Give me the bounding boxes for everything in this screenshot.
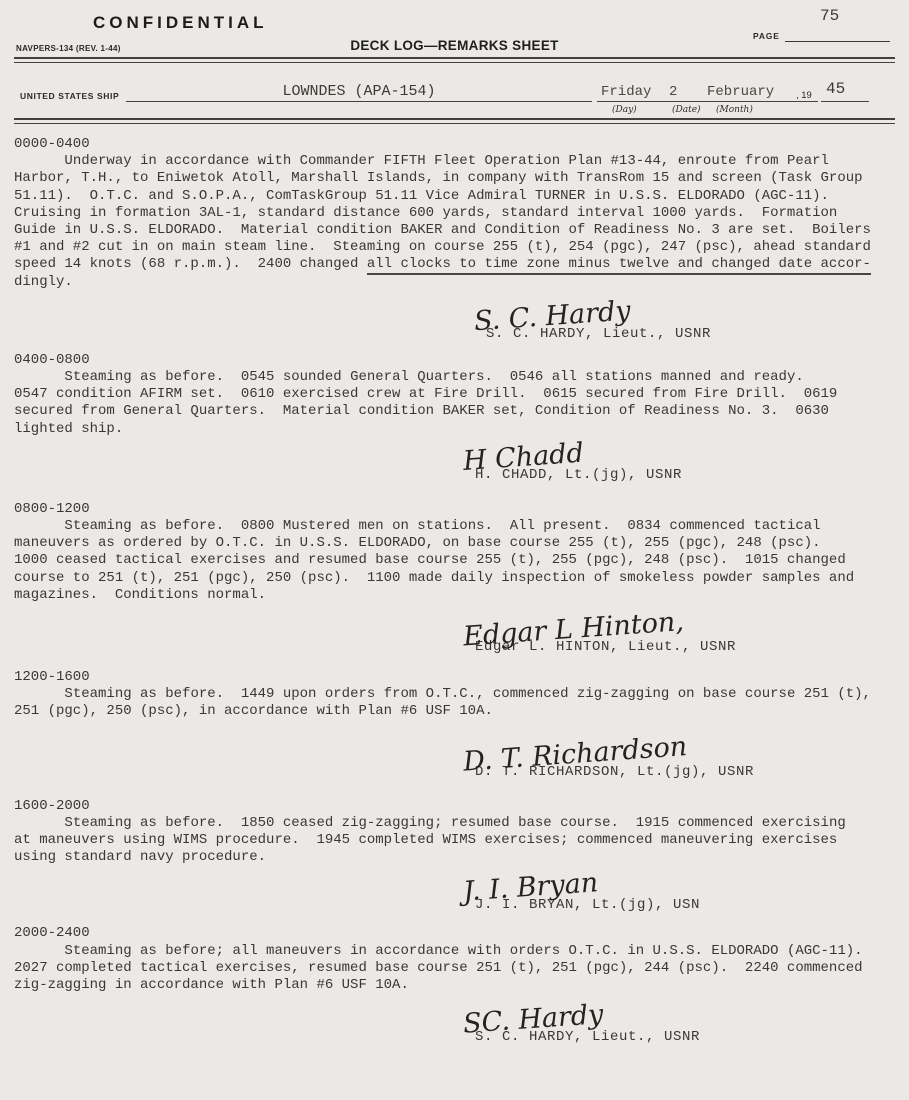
watch-time-heading: 2000-2400 [14, 925, 903, 942]
watch-time-heading: 1200-1600 [14, 669, 903, 686]
log-entry-1200-1600: 1200-1600 Steaming as before. 1449 upon … [14, 669, 903, 780]
watch-time-heading: 0400-0800 [14, 352, 903, 369]
signature-block: D. T. Richardson D. T. RICHARDSON, Lt.(j… [475, 737, 903, 780]
log-entry-0000-0400: 0000-0400 Underway in accordance with Co… [14, 136, 903, 342]
classification-stamp: CONFIDENTIAL [93, 13, 268, 33]
entry-text-segment: Underway in accordance with Commander FI… [14, 153, 871, 272]
date-month-value: February [707, 84, 774, 100]
entry-text: Steaming as before. 0800 Mustered men on… [14, 518, 903, 604]
page-number: 75 [820, 7, 839, 25]
day-caption: (Day) [612, 105, 637, 115]
log-entry-2000-2400: 2000-2400 Steaming as before; all maneuv… [14, 925, 903, 1045]
double-rule-top [14, 57, 895, 63]
entry-text: Steaming as before. 0545 sounded General… [14, 369, 903, 438]
watch-time-heading: 0000-0400 [14, 136, 903, 153]
entry-text: Underway in accordance with Commander FI… [14, 153, 903, 291]
signature-block: Edgar L Hinton, Edgar L. HINTON, Lieut.,… [475, 612, 903, 655]
ship-name: LOWNDES (APA-154) [126, 83, 592, 100]
year-prefix: , 19 [796, 90, 812, 101]
log-entry-0800-1200: 0800-1200 Steaming as before. 0800 Muste… [14, 501, 903, 655]
deck-log-page: CONFIDENTIAL PAGE 75 NAVPERS-134 (REV. 1… [0, 0, 909, 1100]
signature-block: SC. Hardy S. C. HARDY, Lieut., USNR [475, 1002, 903, 1045]
entry-text-segment: dingly. [14, 274, 73, 290]
sheet-title: DECK LOG—REMARKS SHEET [0, 38, 909, 53]
ship-label: UNITED STATES SHIP [20, 91, 119, 101]
month-caption: (Month) [716, 105, 753, 115]
entry-text: Steaming as before. 1850 ceased zig-zagg… [14, 815, 903, 867]
signature-block: J. I. Bryan J. I. BRYAN, Lt.(jg), USN [475, 870, 903, 913]
date-caption: (Date) [672, 105, 701, 115]
watch-time-heading: 1600-2000 [14, 798, 903, 815]
watch-time-heading: 0800-1200 [14, 501, 903, 518]
date-day-value: Friday [601, 84, 651, 100]
date-date-value: 2 [669, 84, 677, 100]
log-entry-1600-2000: 1600-2000 Steaming as before. 1850 cease… [14, 798, 903, 914]
signature-block: H Chadd H. CHADD, Lt.(jg), USNR [475, 440, 903, 483]
double-rule-bottom [14, 118, 895, 124]
year-value: 45 [826, 80, 845, 98]
remarks-body: 0000-0400 Underway in accordance with Co… [14, 132, 903, 1045]
entry-text: Steaming as before. 1449 upon orders fro… [14, 686, 903, 720]
log-entry-0400-0800: 0400-0800 Steaming as before. 0545 sound… [14, 352, 903, 483]
signature-block: S. C. Hardy S. C. HARDY, Lieut., USNR [486, 299, 903, 342]
entry-text-underlined: all clocks to time zone minus twelve and… [367, 256, 871, 275]
entry-text: Steaming as before; all maneuvers in acc… [14, 943, 903, 995]
